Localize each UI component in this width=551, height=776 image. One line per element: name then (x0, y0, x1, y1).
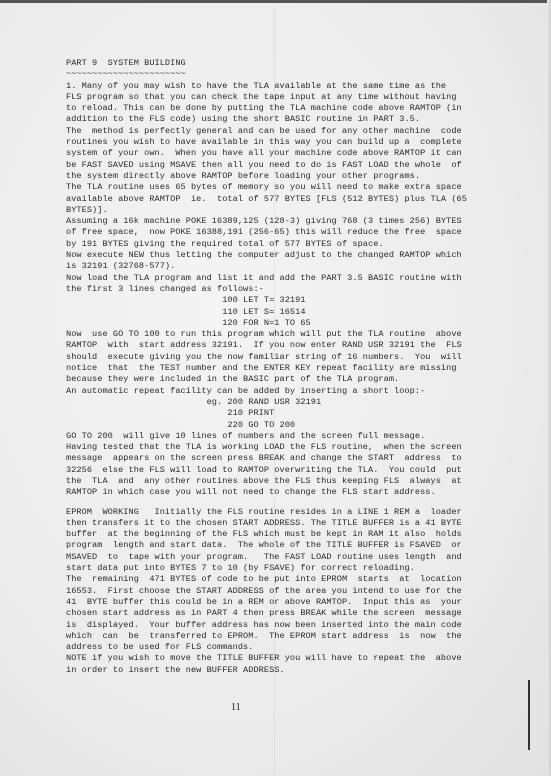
text-line: EPROM WORKING Initially the FLS routine … (66, 507, 506, 518)
text-line: Now use GO TO 100 to run this program wh… (66, 329, 506, 340)
text-line: Having tested that the TLA is working LO… (66, 442, 506, 453)
text-line: 210 PRINT (66, 408, 506, 419)
text-line: The method is perfectly general and can … (66, 126, 506, 137)
text-line: start data put into BYTES 7 to 10 (by FS… (66, 563, 506, 574)
section-heading: PART 9 SYSTEM BUILDING (66, 58, 506, 69)
text-line: eg. 200 RAND USR 32191 (66, 397, 506, 408)
text-line: message appears on the screen press BREA… (66, 453, 506, 464)
text-line: should execute giving you the now famili… (66, 352, 506, 363)
text-line: 120 FOR N=1 TO 65 (66, 318, 506, 329)
text-line: be FAST SAVED using MSAVE then all you n… (66, 160, 506, 171)
page-top-edge (0, 0, 551, 3)
text-line: in order to insert the new BUFFER ADDRES… (66, 665, 506, 676)
text-line: addition to the FLS code) using the shor… (66, 114, 506, 125)
text-line: 100 LET T= 32191 (66, 295, 506, 306)
text-line: program length and start data. The whole… (66, 540, 506, 551)
margin-mark (528, 680, 530, 750)
page-number: 11 (231, 702, 241, 713)
section-2: Now use GO TO 100 to run this program wh… (66, 329, 506, 397)
text-line: The TLA routine uses 65 bytes of memory … (66, 182, 506, 193)
text-line: 41 BYTE buffer this could be in a REM or… (66, 597, 506, 608)
text-line: Assuming a 16k machine POKE 16389,125 (1… (66, 216, 506, 227)
text-line: 1. Many of you may wish to have the TLA … (66, 81, 506, 92)
heading-underline: ~~~~~~~~~~~~~~~~~~~~~~~ (66, 69, 506, 80)
page-right-edge (547, 0, 551, 776)
text-line: buffer at the beginning of the FLS which… (66, 529, 506, 540)
text-line: routines you wish to have available in t… (66, 137, 506, 148)
text-line: is 32191 (32768-577). (66, 261, 506, 272)
text-line: Now load the TLA program and list it and… (66, 273, 506, 284)
text-line: notice that the TEST number and the ENTE… (66, 363, 506, 374)
text-line: 110 LET S= 16514 (66, 307, 506, 318)
section-3: GO TO 200 will give 10 lines of numbers … (66, 431, 506, 499)
text-line: GO TO 200 will give 10 lines of numbers … (66, 431, 506, 442)
text-line: which can be transferred to EPROM. The E… (66, 631, 506, 642)
text-line: the system directly above RAMTOP before … (66, 171, 506, 182)
text-line: because they were included in the BASIC … (66, 374, 506, 385)
text-line: FLS program so that you can check the ta… (66, 92, 506, 103)
document-body: PART 9 SYSTEM BUILDING ~~~~~~~~~~~~~~~~~… (66, 58, 506, 676)
text-line: The remaining 471 BYTES of code to be pu… (66, 574, 506, 585)
text-line: RAMTOP in which case you will not need t… (66, 487, 506, 498)
code-block-2: eg. 200 RAND USR 32191 210 PRINT 220 GO … (66, 397, 506, 431)
code-block-1: 100 LET T= 32191 110 LET S= 16514 120 FO… (66, 295, 506, 329)
text-line: of free space, now POKE 16388,191 (256-6… (66, 227, 506, 238)
text-line: then transfers it to the chosen START AD… (66, 518, 506, 529)
text-line: address to be used for FLS commands. (66, 642, 506, 653)
text-line: the TLA and any other routines above the… (66, 476, 506, 487)
text-line: 16553. First choose the START ADDRESS of… (66, 586, 506, 597)
section-4-eprom: EPROM WORKING Initially the FLS routine … (66, 507, 506, 676)
text-line: BYTES)]. (66, 205, 506, 216)
text-line: An automatic repeat facility can be adde… (66, 386, 506, 397)
text-line: 220 GO TO 200 (66, 420, 506, 431)
text-line: system of your own. When you have all yo… (66, 148, 506, 159)
text-line: by 191 BYTES giving the required total o… (66, 239, 506, 250)
text-line: is displayed. Your buffer address has no… (66, 620, 506, 631)
text-line: 32256 else the FLS will load to RAMTOP o… (66, 465, 506, 476)
text-line: to reload. This can be done by putting t… (66, 103, 506, 114)
text-line: Now execute NEW thus letting the compute… (66, 250, 506, 261)
text-line: the first 3 lines changed as follows:- (66, 284, 506, 295)
text-line: NOTE if you wish to move the TITLE BUFFE… (66, 653, 506, 664)
scanned-page: PART 9 SYSTEM BUILDING ~~~~~~~~~~~~~~~~~… (0, 0, 551, 776)
text-line: chosen start address as in PART 4 then p… (66, 608, 506, 619)
text-line: MSAVED to tape with your program. The FA… (66, 552, 506, 563)
section-1: 1. Many of you may wish to have the TLA … (66, 81, 506, 296)
text-line: RAMTOP with start address 32191. If you … (66, 340, 506, 351)
text-line: available above RAMTOP ie. total of 577 … (66, 194, 506, 205)
